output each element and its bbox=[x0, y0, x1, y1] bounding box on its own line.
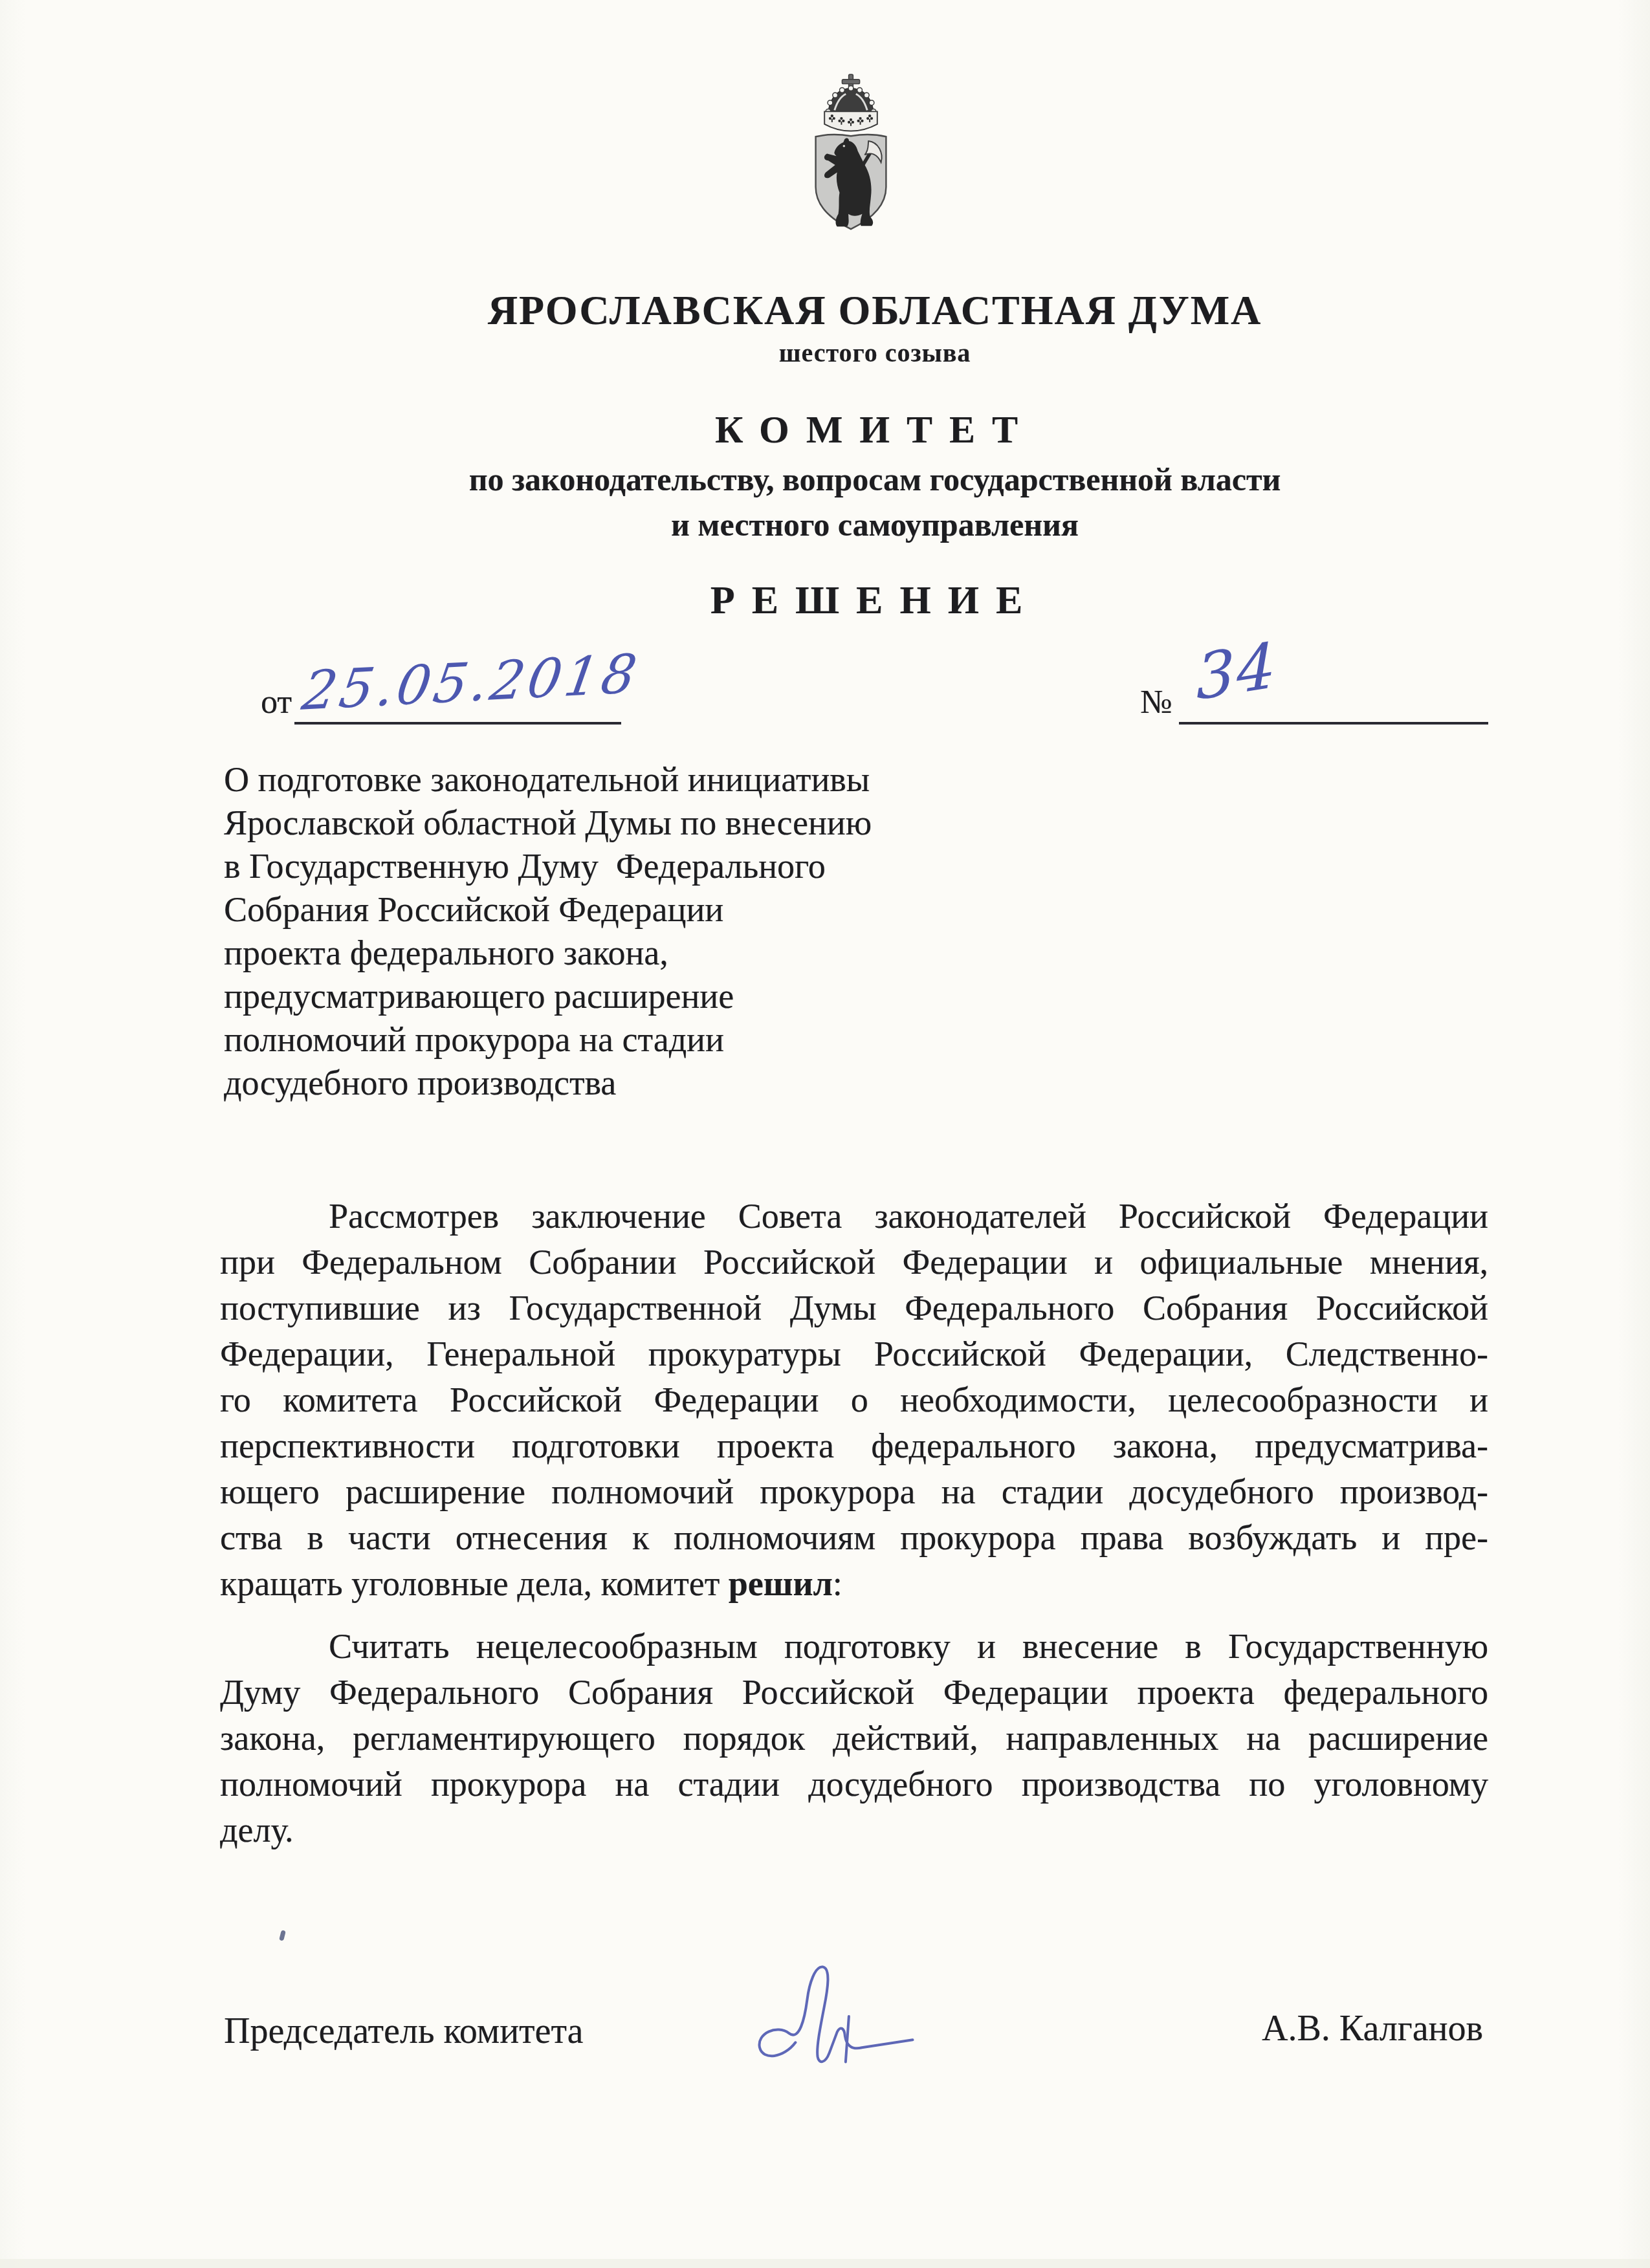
date-label: от bbox=[261, 683, 292, 721]
text-line: проекта федерального закона, bbox=[224, 932, 1091, 975]
text-line: Федерации, Генеральной прокуратуры Росси… bbox=[220, 1331, 1488, 1377]
text-line: Рассмотрев заключение Совета законодател… bbox=[220, 1194, 1488, 1239]
text-line: в Государственную Думу Федерального bbox=[224, 845, 1091, 888]
text-line: перспективности подготовки проекта федер… bbox=[220, 1423, 1488, 1469]
handwritten-number: 34 bbox=[1196, 629, 1278, 715]
document-type-heading: РЕШЕНИЕ bbox=[100, 578, 1650, 624]
text-line: кращать уголовные дела, комитет решил: bbox=[220, 1561, 1488, 1607]
text-segment: : bbox=[833, 1564, 842, 1603]
committee-description-line2: и местного самоуправления bbox=[100, 506, 1650, 543]
text-line: закона, регламентирующего порядок действ… bbox=[220, 1716, 1488, 1761]
body-paragraph-2: Считать нецелесообразным подготовку и вн… bbox=[220, 1624, 1488, 1853]
text-segment: кращать уголовные дела, комитет bbox=[220, 1564, 729, 1603]
text-line: ющего расширение полномочий прокурора на… bbox=[220, 1469, 1488, 1515]
text-line: Собрания Российской Федерации bbox=[224, 888, 1091, 932]
scanned-document-page: ЯРОСЛАВСКАЯ ОБЛАСТНАЯ ДУМА шестого созыв… bbox=[0, 0, 1650, 2268]
text-line: предусматривающего расширение bbox=[224, 975, 1091, 1018]
paragraph-lines: Думу Федерального Собрания Российской Фе… bbox=[220, 1670, 1488, 1807]
date-underline bbox=[294, 722, 621, 725]
subject-block: О подготовке законодательной инициативыЯ… bbox=[224, 758, 1091, 1105]
text-line: полномочий прокурора на стадии досудебно… bbox=[220, 1761, 1488, 1807]
committee-heading: КОМИТЕТ bbox=[100, 408, 1650, 452]
text-line: при Федеральном Собрании Российской Феде… bbox=[220, 1239, 1488, 1285]
number-label: № bbox=[1140, 683, 1172, 721]
text-line: Считать нецелесообразным подготовку и вн… bbox=[220, 1624, 1488, 1670]
organization-title: ЯРОСЛАВСКАЯ ОБЛАСТНАЯ ДУМА bbox=[100, 287, 1650, 334]
text-line: Ярославской областной Думы по внесению bbox=[224, 801, 1091, 845]
text-line: го комитета Российской Федерации о необх… bbox=[220, 1377, 1488, 1423]
text-line: О подготовке законодательной инициативы bbox=[224, 758, 1091, 801]
paragraph-lines: при Федеральном Собрании Российской Феде… bbox=[220, 1239, 1488, 1561]
handwritten-signature-icon bbox=[753, 1959, 967, 2070]
text-line: делу. bbox=[220, 1807, 1488, 1853]
coat-of-arms-icon bbox=[807, 71, 895, 235]
text-line: ства в части отнесения к полномочиям про… bbox=[220, 1515, 1488, 1561]
text-line: полномочий прокурора на стадии bbox=[224, 1018, 1091, 1062]
signatory-title: Председатель комитета bbox=[224, 2011, 583, 2052]
convocation-subtitle: шестого созыва bbox=[100, 338, 1650, 368]
ink-speck bbox=[279, 1930, 286, 1941]
text-line: досудебного производства bbox=[224, 1062, 1091, 1105]
signatory-name: А.В. Калганов bbox=[1262, 2008, 1483, 2049]
committee-description-line1: по законодательству, вопросам государств… bbox=[100, 461, 1650, 498]
handwritten-date: 25.05.2018 bbox=[298, 643, 644, 723]
resolved-keyword: решил bbox=[729, 1564, 833, 1603]
text-line: Думу Федерального Собрания Российской Фе… bbox=[220, 1670, 1488, 1716]
coat-of-arms-svg bbox=[807, 71, 895, 235]
scan-edge bbox=[0, 2259, 1650, 2268]
body-paragraph-1: Рассмотрев заключение Совета законодател… bbox=[220, 1194, 1488, 1607]
number-underline bbox=[1179, 722, 1488, 725]
text-line: поступившие из Государственной Думы Феде… bbox=[220, 1285, 1488, 1331]
